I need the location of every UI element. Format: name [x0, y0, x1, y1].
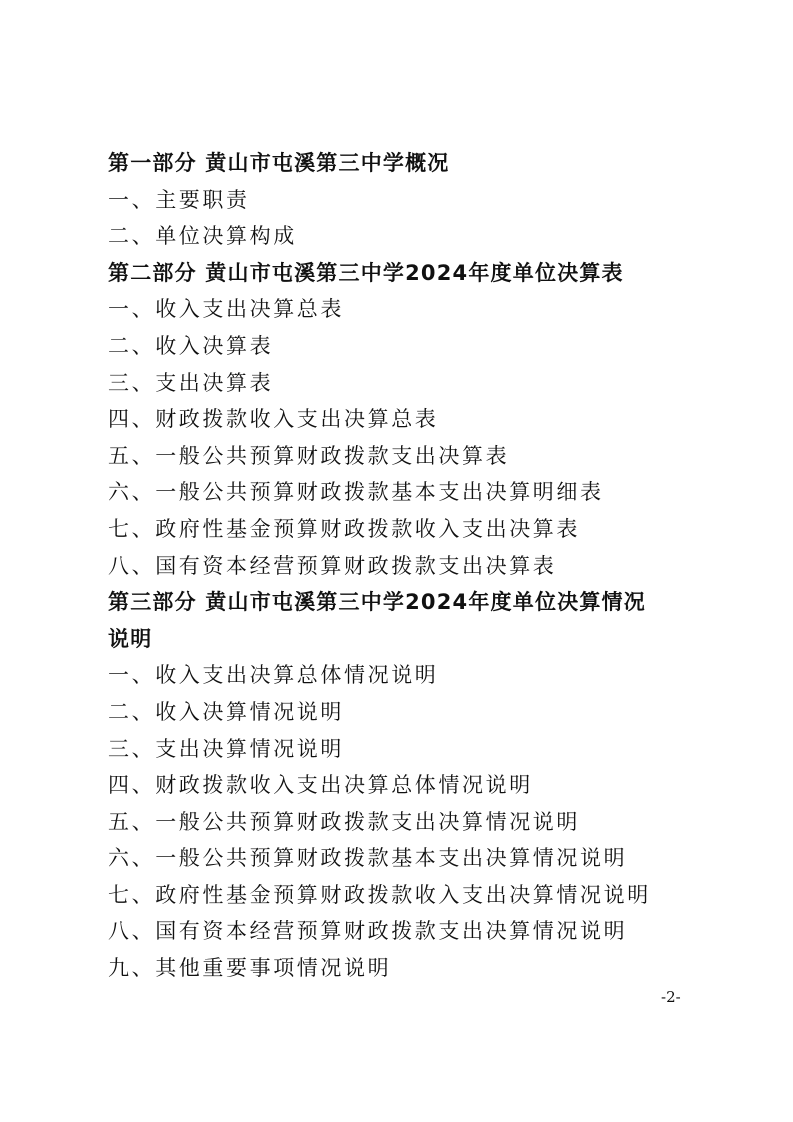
toc-item: 五、一般公共预算财政拨款支出决算表 — [108, 438, 708, 475]
toc-item: 五、一般公共预算财政拨款支出决算情况说明 — [108, 804, 708, 841]
part-3-heading-continued: 说明 — [108, 621, 708, 658]
table-of-contents: 第一部分 黄山市屯溪第三中学概况 一、主要职责 二、单位决算构成 第二部分 黄山… — [108, 145, 708, 987]
part-1-heading: 第一部分 黄山市屯溪第三中学概况 — [108, 145, 708, 182]
toc-item: 二、单位决算构成 — [108, 218, 708, 255]
toc-item: 一、收入支出决算总体情况说明 — [108, 657, 708, 694]
toc-item: 二、收入决算情况说明 — [108, 694, 708, 731]
toc-item: 四、财政拨款收入支出决算总表 — [108, 401, 708, 438]
page-number: -2- — [661, 988, 681, 1006]
toc-item: 六、一般公共预算财政拨款基本支出决算明细表 — [108, 474, 708, 511]
part-2-heading: 第二部分 黄山市屯溪第三中学2024年度单位决算表 — [108, 255, 708, 292]
toc-item: 八、国有资本经营预算财政拨款支出决算表 — [108, 548, 708, 585]
toc-item: 一、主要职责 — [108, 182, 708, 219]
toc-item: 六、一般公共预算财政拨款基本支出决算情况说明 — [108, 840, 708, 877]
toc-item: 七、政府性基金预算财政拨款收入支出决算表 — [108, 511, 708, 548]
toc-item: 七、政府性基金预算财政拨款收入支出决算情况说明 — [108, 877, 708, 914]
part-3-heading: 第三部分 黄山市屯溪第三中学2024年度单位决算情况 — [108, 584, 708, 621]
toc-item: 八、国有资本经营预算财政拨款支出决算情况说明 — [108, 913, 708, 950]
toc-item: 二、收入决算表 — [108, 328, 708, 365]
toc-item: 三、支出决算表 — [108, 365, 708, 402]
toc-item: 九、其他重要事项情况说明 — [108, 950, 708, 987]
toc-item: 四、财政拨款收入支出决算总体情况说明 — [108, 767, 708, 804]
toc-item: 一、收入支出决算总表 — [108, 291, 708, 328]
toc-item: 三、支出决算情况说明 — [108, 731, 708, 768]
